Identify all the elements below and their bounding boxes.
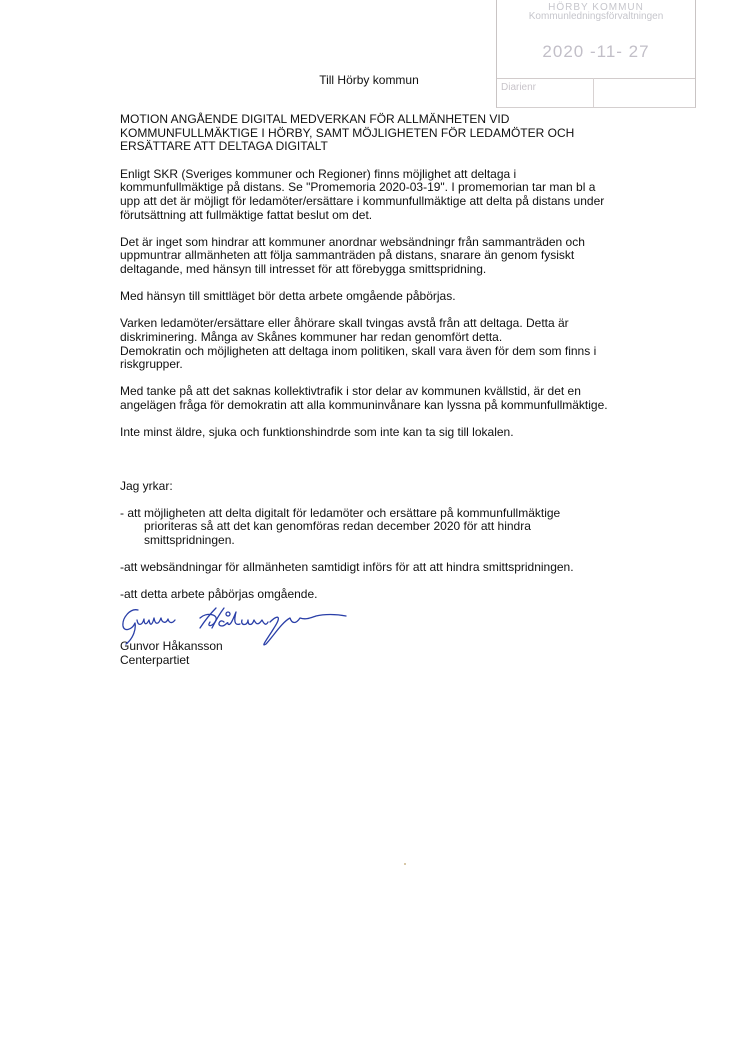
paragraph: Inte minst äldre, sjuka och funktionshin… [120, 426, 640, 440]
handwritten-signature [120, 604, 640, 640]
motion-body: MOTION ANGÅENDE DIGITAL MEDVERKAN FÖR AL… [120, 113, 640, 667]
signatory-party: Centerpartiet [120, 654, 640, 668]
recipient-line: Till Hörby kommun [0, 73, 740, 87]
recipient-text: Till Hörby kommun [319, 73, 419, 87]
claim-item: - att möjligheten att delta digitalt för… [120, 507, 640, 548]
received-stamp: HÖRBY KOMMUN Kommunledningsförvaltningen… [496, 0, 696, 108]
paragraph: Det är inget som hindrar att kommuner an… [120, 236, 640, 277]
claims-intro: Jag yrkar: [120, 480, 640, 494]
stamp-department: Kommunledningsförvaltningen [497, 12, 695, 22]
paragraph: Varken ledamöter/ersättare eller åhörare… [120, 317, 640, 371]
claim-item: -att websändningar för allmänheten samti… [120, 561, 640, 575]
stamp-date: 2020 -11- 27 [497, 42, 695, 62]
motion-title: MOTION ANGÅENDE DIGITAL MEDVERKAN FÖR AL… [120, 113, 640, 154]
claim-item: -att detta arbete påbörjas omgående. [120, 588, 640, 602]
paragraph: Med tanke på att det saknas kollektivtra… [120, 385, 640, 412]
paragraph: Enligt SKR (Sveriges kommuner och Region… [120, 168, 640, 222]
signature-scribble-icon [120, 604, 460, 648]
scan-speck [404, 863, 406, 865]
paragraph: Med hänsyn till smittläget bör detta arb… [120, 290, 640, 304]
